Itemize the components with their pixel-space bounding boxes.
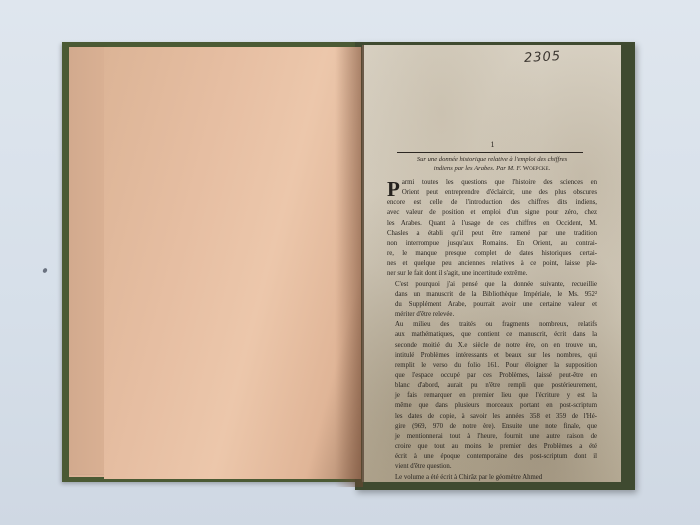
text-line: mériter d'être relevée. [387, 310, 597, 320]
text-line: je fais remarquer en premier lieu que l'… [387, 391, 597, 401]
left-blank-page [104, 47, 361, 479]
text-line: Chasles a établi qu'il peut être ramené … [387, 229, 597, 239]
header-rule [397, 152, 583, 153]
text-line: nes et quelque peu anciennes relatives à… [387, 259, 597, 269]
text-line: gire (969, 970 de notre ère). Ensuite un… [387, 422, 597, 432]
text-line: encore est celle de l'introduction des c… [387, 198, 597, 208]
text-line: avec valeur de position et emploi d'un s… [387, 208, 597, 218]
text-line: aux mathématiques, que contient ce manus… [387, 330, 597, 340]
text-line: Orient peut entreprendre d'éclaircir, un… [387, 188, 597, 198]
text-line: que l'espace occupé par ces Problèmes, l… [387, 371, 597, 381]
text-line: C'est pourquoi j'ai pensé que la donnée … [387, 280, 597, 290]
text-line: re, le manque presque complet de dates h… [387, 249, 597, 259]
page-number: 1 [364, 140, 621, 149]
right-text-page: 2305 1 Sur une donnée historique relativ… [362, 45, 621, 482]
gutter-shadow [335, 47, 363, 487]
text-line: je mentionnerai tout à l'heure, fournit … [387, 432, 597, 442]
paragraph-2: C'est pourquoi j'ai pensé que la donnée … [387, 280, 597, 321]
text-line: Au milieu des traités ou fragments nombr… [387, 320, 597, 330]
text-line: armi toutes les questions que l'histoire… [387, 178, 597, 188]
dust-speck [42, 267, 48, 273]
text-line: même que dans plusieurs morceaux portant… [387, 401, 597, 411]
paragraph-3: Au milieu des traités ou fragments nombr… [387, 320, 597, 472]
drop-cap: P [387, 180, 400, 198]
text-line: intitulé Problèmes intéressants et beaux… [387, 351, 597, 361]
text-line: dans un manuscrit de la Bibliothèque Imp… [387, 290, 597, 300]
text-line: vient d'être question. [387, 462, 597, 472]
text-line: non interrompue jusqu'aux Romains. En Or… [387, 239, 597, 249]
title-line-2: indiens par les Arabes. Par M. F. [434, 165, 522, 172]
text-line: écrit à une époque contemporaine des pos… [387, 452, 597, 462]
title-line-1: Sur une donnée historique relative à l'e… [417, 156, 567, 163]
text-line: croire que tout au moins le premier des … [387, 442, 597, 452]
text-line: remplit le verso du folio 161. Pour éloi… [387, 361, 597, 371]
article-title: Sur une donnée historique relative à l'e… [392, 156, 592, 173]
handwritten-shelf-mark: 2305 [524, 49, 562, 66]
paragraph-4: Le volume a été écrit à Chirâz par le gé… [387, 473, 597, 483]
text-line: ner sur le fait dont il s'agit, une ince… [387, 269, 597, 279]
text-line: les dates de copie, à savoir les années … [387, 412, 597, 422]
text-line: les Arabes. Quant à l'usage de ces chiff… [387, 219, 597, 229]
endpaper-fold-flap [69, 47, 105, 474]
text-line: du Supplément Arabe, pourrait avoir une … [387, 300, 597, 310]
paragraph-1: P armi toutes les questions que l'histoi… [387, 178, 597, 280]
article-body: P armi toutes les questions que l'histoi… [387, 178, 597, 483]
text-line: blanc d'abord, aurait pu n'être rempli q… [387, 381, 597, 391]
text-line: seconde moitié du X.e siècle de notre èr… [387, 341, 597, 351]
title-author: Woepcke. [523, 165, 550, 172]
text-line: Le volume a été écrit à Chirâz par le gé… [387, 473, 597, 483]
